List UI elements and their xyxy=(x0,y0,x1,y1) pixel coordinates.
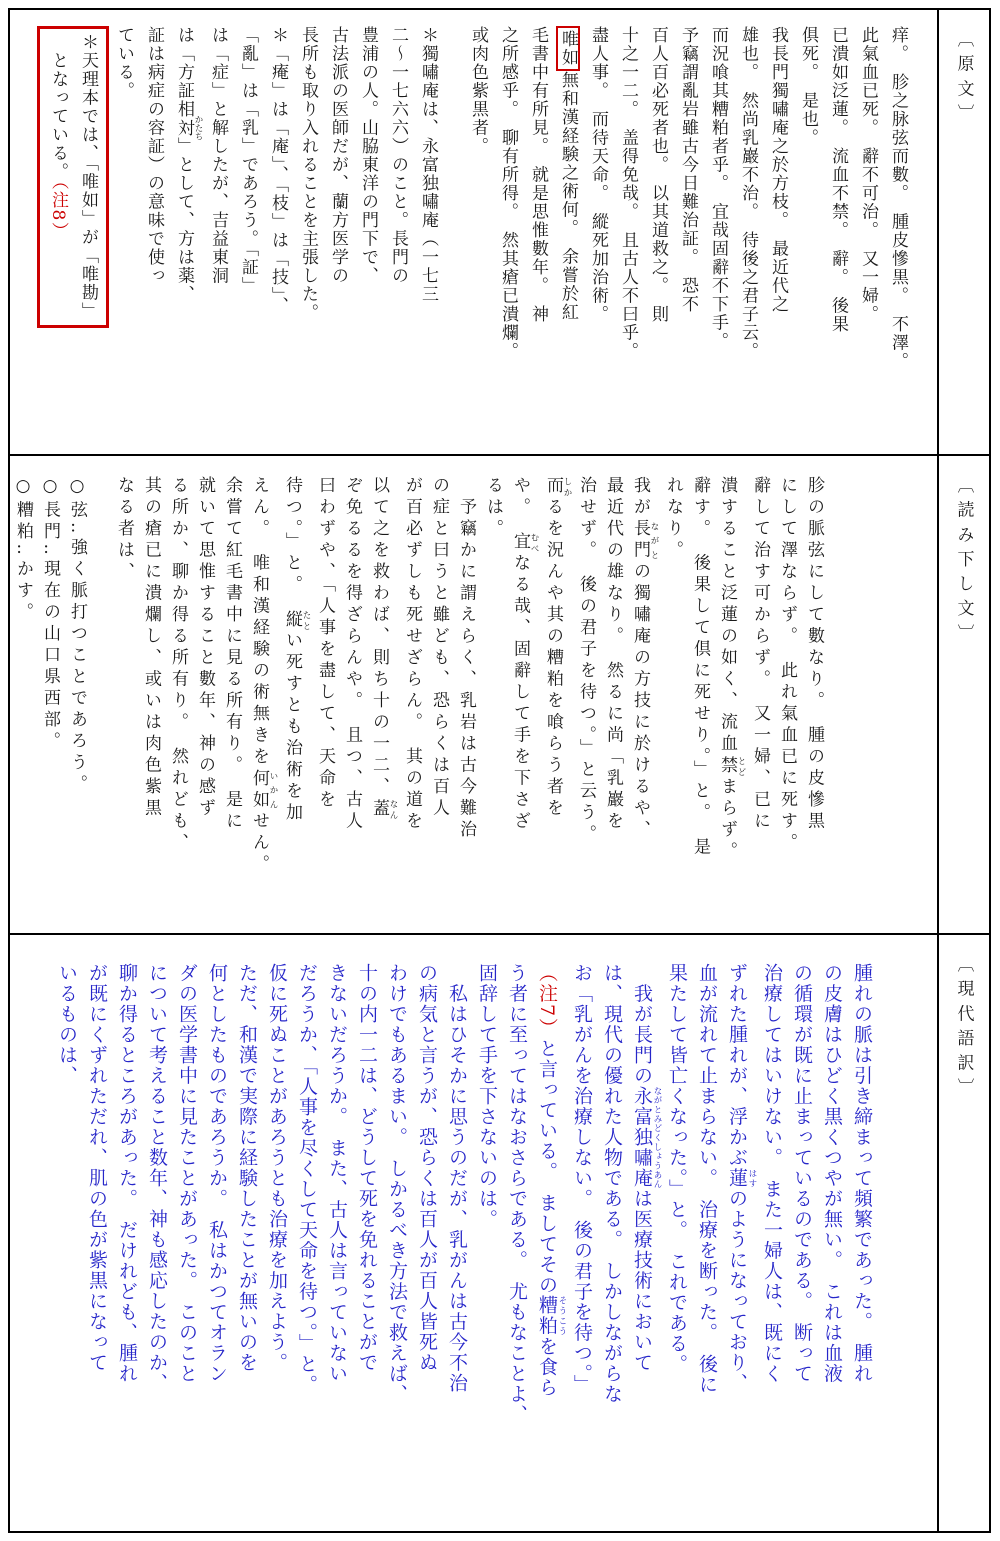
text-segment: 而況喰其糟粕者乎。 宜哉固辭不下手。 xyxy=(708,26,728,351)
text-segment: 仮に死ぬことがあろうとも治療を加えよう。 xyxy=(266,963,288,1373)
text-column: だろうか、「人事を尽くして天命を待つ。」と。 xyxy=(292,963,322,1525)
section-label-gendaigoyaku: 〔現代語訳〕 xyxy=(952,935,977,1531)
text-segment: 治療してはいけない。 また一婦人は、既にく xyxy=(761,963,783,1384)
text-segment: の獨嘯庵の方技に於けるや、 xyxy=(630,562,650,842)
text-segment: るは。 xyxy=(483,476,503,541)
ruby-annotated-text: 縦たと xyxy=(282,610,302,632)
text-segment: 待つ。」と。 xyxy=(282,476,302,610)
text-segment: い死すとも治術を加 xyxy=(282,631,302,825)
red-highlight-box: 唯如 xyxy=(556,26,580,71)
ruby-annotated-text: 蓮はす xyxy=(726,1168,748,1189)
section-gendaigoyaku: 腫れの脈は引き締まって頻繁であった。 腫れの皮膚はひどく黒くつやが無い。 これは… xyxy=(10,933,989,1531)
text-segment: 毛書中有所見。 就是思惟數年。 神 xyxy=(528,26,548,324)
text-segment: るを況んや其の糟粕を喰らう者を xyxy=(543,498,563,821)
text-column: ○弦‥強く脈打つことであろう。 xyxy=(63,476,90,927)
text-segment: きないだろうか。 また、古人は言っていない xyxy=(326,963,348,1384)
text-column: 此氣血已死。 辭不可治。 又一婦。 xyxy=(853,26,883,448)
text-column: は「症」と解したが、吉益東洞 xyxy=(203,26,233,448)
section-original: 痒。 胗之脉弦而數。 腫皮慘黒。 不澤。此氣血已死。 辭不可治。 又一婦。已潰如… xyxy=(10,10,989,454)
section-label-original: 〔原文〕 xyxy=(952,10,977,454)
ruby-annotated-text: 而しか xyxy=(543,476,563,498)
text-segment: 豊浦の人。山脇東洋の門下で、 xyxy=(358,26,378,285)
text-column: 待つ。」と。 縦たとい死すとも治術を加 xyxy=(278,476,311,927)
text-column: 我が長門ながとの獨嘯庵の方技に於けるや、 xyxy=(626,476,659,927)
text-column: なる者は、 xyxy=(110,476,137,927)
text-segment: は医療技術において xyxy=(631,1189,653,1374)
text-column: れなり。 xyxy=(659,476,686,927)
text-column: 予竊かに謂えらく、乳岩は古今難治 xyxy=(452,476,479,927)
text-segment: ずれた腫れが、浮かぶ xyxy=(726,963,748,1168)
text-segment: にして澤ならず。 此れ氣血已に死す。 xyxy=(777,476,797,855)
original-text-columns: 痒。 胗之脉弦而數。 腫皮慘黒。 不澤。此氣血已死。 辭不可治。 又一婦。已潰如… xyxy=(10,10,937,454)
ruby-annotated-text: 対かたち xyxy=(174,119,194,138)
text-segment: だろうか、「人事を尽くして天命を待つ。」と。 xyxy=(296,963,318,1395)
text-column: ○長門‥現在の山口県西部。 xyxy=(36,476,63,927)
text-column: るは。 xyxy=(479,476,506,927)
section-label-cell-yomikudashi: 〔読み下し文〕 xyxy=(937,456,989,933)
text-column: 長所も取り入れることを主張した。 xyxy=(293,26,323,448)
text-segment: となっている。 xyxy=(48,33,68,181)
note-reference: （注7） xyxy=(536,963,558,1038)
text-segment: 私はひそかに思うのだが、乳がんは古今不治 xyxy=(446,963,468,1394)
text-segment: の皮膚はひどく黒くつやが無い。 これは血液 xyxy=(821,963,843,1384)
text-column: となっている。（注8） xyxy=(43,33,73,321)
text-column: 俱死。 是也。 xyxy=(793,26,823,448)
text-column: 果たして皆亡くなった。」と。 これである。 xyxy=(662,963,692,1525)
text-column: 十の内一二は、どうして死を免れることがで xyxy=(352,963,382,1525)
text-segment: 血が流れて止まらない。 治療を断った。 後に xyxy=(696,963,718,1395)
text-column: 仮に死ぬことがあろうとも治療を加えよう。 xyxy=(262,963,292,1525)
text-segment: の症と曰うと雖ども、恐らくは百人 xyxy=(429,476,449,820)
text-segment: 長所も取り入れることを主張した。 xyxy=(298,26,318,322)
text-segment: 雄也。 然尚乳巖不治。 待後之君子云。 xyxy=(738,26,758,361)
ruby-annotated-text: 永富独嘯庵ながとみどくしょうあん xyxy=(631,1086,653,1189)
text-column: 而況喰其糟粕者乎。 宜哉固辭不下手。 xyxy=(703,26,733,448)
text-column: 百人百必死者也。 以其道救之。 則 xyxy=(643,26,673,448)
ruby-annotated-text: 何如いかん xyxy=(249,769,269,812)
text-column: 腫れの脈は引き締まって頻繁であった。 腫れ xyxy=(847,963,877,1525)
ruby-annotated-text: 糟粕そうこう xyxy=(536,1295,558,1336)
text-column: 唯如無和漢経験之術何。 余嘗於紅 xyxy=(553,26,583,448)
text-segment: が既にくずれただれ、肌の色が紫黒になって xyxy=(86,963,108,1373)
text-segment: 胗の脈弦にして數なり。 腫の皮慘黒 xyxy=(804,476,824,833)
text-column: の皮膚はひどく黒くつやが無い。 これは血液 xyxy=(817,963,847,1525)
text-segment: まらず。 xyxy=(717,777,737,863)
text-column: 曰わずや、「人事を盡して、天命を xyxy=(311,476,338,927)
text-segment: 聊か得るところがあった。 だけれども、腫れ xyxy=(116,963,138,1384)
text-segment: は「症」と解したが、吉益東洞 xyxy=(208,26,228,285)
text-segment: 」として、方は薬、 xyxy=(174,137,194,304)
text-segment: ○長門‥現在の山口県西部。 xyxy=(40,476,60,753)
text-segment: 就いて思惟すること數年、神の感ず xyxy=(195,476,215,820)
column-spacer xyxy=(443,26,463,448)
text-segment: なる哉、固辭して手を下さざ xyxy=(510,554,530,834)
text-column: ○糟粕‥かす。 xyxy=(10,476,36,927)
text-segment: 何としたものであろうか。 私はかつてオラン xyxy=(206,963,228,1384)
text-segment: 潰すること泛蓮の如く、流血 xyxy=(717,476,737,756)
text-segment: いるものは、 xyxy=(56,963,78,1086)
text-column: が既にくずれただれ、肌の色が紫黒になって xyxy=(82,963,112,1525)
text-column: は「方証相対かたち」として、方は薬、 xyxy=(169,26,203,448)
text-segment: 辭す。 後果して倶に死せり。」と。 是 xyxy=(690,476,710,859)
text-segment: れなり。 xyxy=(663,476,683,562)
section-yomikudashi: 胗の脈弦にして數なり。 腫の皮慘黒にして澤ならず。 此れ氣血已に死す。辭して治す… xyxy=(10,454,989,933)
text-segment: ＊「痷」は「庵」、「枝」は「技」、 xyxy=(268,26,288,315)
text-segment: 二～一七六六）のこと。長門の xyxy=(388,26,408,285)
text-segment: 十之一二。 盖得免哉。 且古人不曰乎。 xyxy=(618,26,638,361)
text-segment: は、現代の優れた人物である。 しかしながらな xyxy=(601,963,623,1405)
text-column: 胗の脈弦にして數なり。 腫の皮慘黒 xyxy=(800,476,827,927)
text-column: の循環が既に止まっているのである。 断って xyxy=(787,963,817,1525)
text-segment: 已潰如泛蓮。 流血不禁。 辭。 後果 xyxy=(828,26,848,334)
text-segment: 最近代の雄なり。 然るに尚「乳巖を xyxy=(603,476,623,833)
text-column: ぞ免るるを得ざらんや。 且つ、古人 xyxy=(338,476,365,927)
text-segment: 予竊謂亂岩雖古今日難治証。 恐不 xyxy=(678,26,698,314)
text-column: 就いて思惟すること數年、神の感ず xyxy=(191,476,218,927)
text-column: ただ、和漢で実際に経験したことが無いのを xyxy=(232,963,262,1525)
text-column: 証は病症の容証）の意味で使っ xyxy=(139,26,169,448)
text-segment: 其の瘡已に潰爛し、或いは肉色紫黒 xyxy=(141,476,161,820)
yomikudashi-text-columns: 胗の脈弦にして數なり。 腫の皮慘黒にして澤ならず。 此れ氣血已に死す。辭して治す… xyxy=(10,456,937,933)
text-column: 其の瘡已に潰爛し、或いは肉色紫黒 xyxy=(137,476,164,927)
text-segment: ○糟粕‥かす。 xyxy=(13,476,33,624)
text-column: ずれた腫れが、浮かぶ蓮はすのようになっており、 xyxy=(722,963,757,1525)
text-segment: ＊天理本では、「唯如」が「唯勘」 xyxy=(78,33,98,321)
ruby-annotated-text: 宜むべ xyxy=(510,532,530,554)
text-segment: 盡人事。 而待天命。 縱死加治術。 xyxy=(588,26,608,324)
text-segment: 此氣血已死。 辭不可治。 又一婦。 xyxy=(858,26,878,324)
text-column: （注7）と言っている。 ましてその糟粕そうこうを食ら xyxy=(532,963,567,1525)
text-column: 之所感乎。 聊有所得。 然其瘡已潰爛。 xyxy=(493,26,523,448)
text-column: わけでもあるまい。 しかるべき方法で救えば、 xyxy=(382,963,412,1525)
text-segment: は「方証相 xyxy=(174,26,194,119)
section-label-cell-gendaigoyaku: 〔現代語訳〕 xyxy=(937,935,989,1531)
text-segment: ＊獨嘯庵は、永富独嘯庵（一七三 xyxy=(418,26,438,304)
ruby-annotated-text: 長門ながと xyxy=(630,519,650,562)
text-segment: 治せず。 後の君子を待つ。」と云う。 xyxy=(576,476,596,846)
text-segment: 我長門獨嘯庵之於方枝。 最近代之 xyxy=(768,26,788,314)
ruby-annotated-text: 蓋なん xyxy=(369,799,389,821)
text-segment: が百必ずしも死せざらん。 其の道を xyxy=(402,476,422,833)
text-segment: 十の内一二は、どうして死を免れることがで xyxy=(356,963,378,1373)
text-segment: 之所感乎。 聊有所得。 然其瘡已潰爛。 xyxy=(498,26,518,361)
text-column: 固辞して手を下さないのは。 xyxy=(472,963,502,1525)
note-reference: （注8） xyxy=(48,181,68,240)
text-column: 辭して治す可からず。 又一婦、已に xyxy=(746,476,773,927)
text-segment: わけでもあるまい。 しかるべき方法で救えば、 xyxy=(386,963,408,1405)
text-column: 「亂」は「乳」であろう。「証」 xyxy=(233,26,263,448)
text-column: きないだろうか。 また、古人は言っていない xyxy=(322,963,352,1525)
text-column: が百必ずしも死せざらん。 其の道を xyxy=(398,476,425,927)
text-segment: 「亂」は「乳」であろう。「証」 xyxy=(238,26,258,295)
text-column: 潰すること泛蓮の如く、流血禁とどまらず。 xyxy=(713,476,746,927)
text-column: 而しかるを況んや其の糟粕を喰らう者を xyxy=(539,476,572,927)
section-label-yomikudashi: 〔読み下し文〕 xyxy=(952,456,977,933)
text-column: 以て之を救わば、則ち十の一二、蓋なん xyxy=(365,476,398,927)
text-column: 十之一二。 盖得免哉。 且古人不曰乎。 xyxy=(613,26,643,448)
text-column: 余嘗て紅毛書中に見る所有り。 是に xyxy=(218,476,245,927)
text-segment: 予竊かに謂えらく、乳岩は古今難治 xyxy=(456,476,476,842)
text-segment: 果たして皆亡くなった。」と。 これである。 xyxy=(666,963,688,1375)
text-segment: のようになっており、 xyxy=(726,1189,748,1394)
text-column: ＊「痷」は「庵」、「枝」は「技」、 xyxy=(263,26,293,448)
text-segment: 無和漢経験之術何。 余嘗於紅 xyxy=(558,71,578,322)
text-segment: ぞ免るるを得ざらんや。 且つ、古人 xyxy=(342,476,362,833)
text-column: 辭す。 後果して倶に死せり。」と。 是 xyxy=(686,476,713,927)
text-segment: 曰わずや、「人事を盡して、天命を xyxy=(315,476,335,812)
text-segment: 或肉色紫黒者。 xyxy=(468,26,488,156)
text-segment: 証は病症の容証）の意味で使っ xyxy=(144,26,164,285)
text-segment: について考えること数年、神も感応したのか、 xyxy=(146,963,168,1394)
text-column: について考えること数年、神も感応したのか、 xyxy=(142,963,172,1525)
text-column: る所か、聊か得る所有り。 然れども、 xyxy=(164,476,191,927)
text-column: 聊か得るところがあった。 だけれども、腫れ xyxy=(112,963,142,1525)
text-column: 我が長門の永富独嘯庵ながとみどくしょうあんは医療技術において xyxy=(627,963,662,1525)
text-column: の病気と言うが、恐らくは百人が百人皆死ぬ xyxy=(412,963,442,1525)
text-segment: や。 xyxy=(510,476,530,532)
text-column: 雄也。 然尚乳巖不治。 待後之君子云。 xyxy=(733,26,763,448)
text-column: ダの医学書中に見たことがあった。 このこと xyxy=(172,963,202,1525)
text-column: お「乳がんを治療しない。 後の君子を待つ。」 xyxy=(567,963,597,1525)
text-column: いるものは、 xyxy=(52,963,82,1525)
text-column: えん。 唯和漢経験の術無きを何如いかんせん。 xyxy=(245,476,278,927)
text-segment: ている。 xyxy=(114,26,134,100)
text-segment: る所か、聊か得る所有り。 然れども、 xyxy=(168,476,188,855)
text-segment: 百人百必死者也。 以其道救之。 則 xyxy=(648,26,668,324)
text-column: は、現代の優れた人物である。 しかしながらな xyxy=(597,963,627,1525)
text-column: 治療してはいけない。 また一婦人は、既にく xyxy=(757,963,787,1525)
text-column: 我長門獨嘯庵之於方枝。 最近代之 xyxy=(763,26,793,448)
section-label-cell-original: 〔原文〕 xyxy=(937,10,989,454)
text-segment: 辭して治す可からず。 又一婦、已に xyxy=(750,476,770,833)
text-segment: を食ら xyxy=(536,1336,558,1398)
text-segment: 我が長門の xyxy=(631,963,653,1086)
text-column: ＊天理本では、「唯如」が「唯勘」 xyxy=(73,33,103,321)
text-segment: えん。 唯和漢経験の術無きを xyxy=(249,476,269,769)
text-column: 血が流れて止まらない。 治療を断った。 後に xyxy=(692,963,722,1525)
text-segment: 俱死。 是也。 xyxy=(798,26,818,147)
text-column: 豊浦の人。山脇東洋の門下で、 xyxy=(353,26,383,448)
text-segment: と言っている。 ましてその xyxy=(536,1038,558,1295)
text-column: う者に至ってはなおさらである。 尤もなことよ、 xyxy=(502,963,532,1525)
text-column: 已潰如泛蓮。 流血不禁。 辭。 後果 xyxy=(823,26,853,448)
text-segment: 痒。 胗之脉弦而數。 腫皮慘黒。 不澤。 xyxy=(888,26,908,371)
text-column: や。 宜むべなる哉、固辭して手を下さざ xyxy=(506,476,539,927)
text-column: 或肉色紫黒者。 xyxy=(463,26,493,448)
text-segment: の病気と言うが、恐らくは百人が百人皆死ぬ xyxy=(416,963,438,1373)
column-spacer xyxy=(90,476,110,927)
text-segment: せん。 xyxy=(249,812,269,877)
text-segment: お「乳がんを治療しない。 後の君子を待つ。」 xyxy=(571,963,593,1395)
text-column: 二～一七六六）のこと。長門の xyxy=(383,26,413,448)
red-annotation-outline: ＊天理本では、「唯如」が「唯勘」 となっている。（注8） xyxy=(37,26,109,328)
text-segment: の循環が既に止まっているのである。 断って xyxy=(791,963,813,1384)
text-column: 何としたものであろうか。 私はかつてオラン xyxy=(202,963,232,1525)
text-segment: ただ、和漢で実際に経験したことが無いのを xyxy=(236,963,258,1373)
text-column: 古法派の医師だが、蘭方医学の xyxy=(323,26,353,448)
text-column: 盡人事。 而待天命。 縱死加治術。 xyxy=(583,26,613,448)
gendaigoyaku-text-columns: 腫れの脈は引き締まって頻繁であった。 腫れの皮膚はひどく黒くつやが無い。 これは… xyxy=(10,935,937,1531)
text-column: 治せず。 後の君子を待つ。」と云う。 xyxy=(572,476,599,927)
text-segment: 固辞して手を下さないのは。 xyxy=(476,963,498,1230)
text-segment: 古法派の医師だが、蘭方医学の xyxy=(328,26,348,285)
text-segment: う者に至ってはなおさらである。 尤もなことよ、 xyxy=(506,963,528,1425)
text-column: 毛書中有所見。 就是思惟數年。 神 xyxy=(523,26,553,448)
text-segment: なる者は、 xyxy=(114,476,134,584)
text-column: 予竊謂亂岩雖古今日難治証。 恐不 xyxy=(673,26,703,448)
text-segment: 我が xyxy=(630,476,650,519)
text-column: ている。 xyxy=(109,26,139,448)
text-column: 私はひそかに思うのだが、乳がんは古今不治 xyxy=(442,963,472,1525)
text-column: の症と曰うと雖ども、恐らくは百人 xyxy=(425,476,452,927)
text-column: 最近代の雄なり。 然るに尚「乳巖を xyxy=(599,476,626,927)
document-page: 痒。 胗之脉弦而數。 腫皮慘黒。 不澤。此氣血已死。 辭不可治。 又一婦。已潰如… xyxy=(8,8,991,1533)
text-column: にして澤ならず。 此れ氣血已に死す。 xyxy=(773,476,800,927)
text-column: ＊獨嘯庵は、永富独嘯庵（一七三 xyxy=(413,26,443,448)
text-segment: ○弦‥強く脈打つことであろう。 xyxy=(67,476,87,796)
text-segment: 以て之を救わば、則ち十の一二、 xyxy=(369,476,389,799)
text-column: 痒。 胗之脉弦而數。 腫皮慘黒。 不澤。 xyxy=(883,26,913,448)
ruby-annotated-text: 禁とど xyxy=(717,756,737,778)
text-segment: ダの医学書中に見たことがあった。 このこと xyxy=(176,963,198,1384)
text-segment: 余嘗て紅毛書中に見る所有り。 是に xyxy=(222,476,242,833)
text-segment: 腫れの脈は引き締まって頻繁であった。 腫れ xyxy=(851,963,873,1384)
